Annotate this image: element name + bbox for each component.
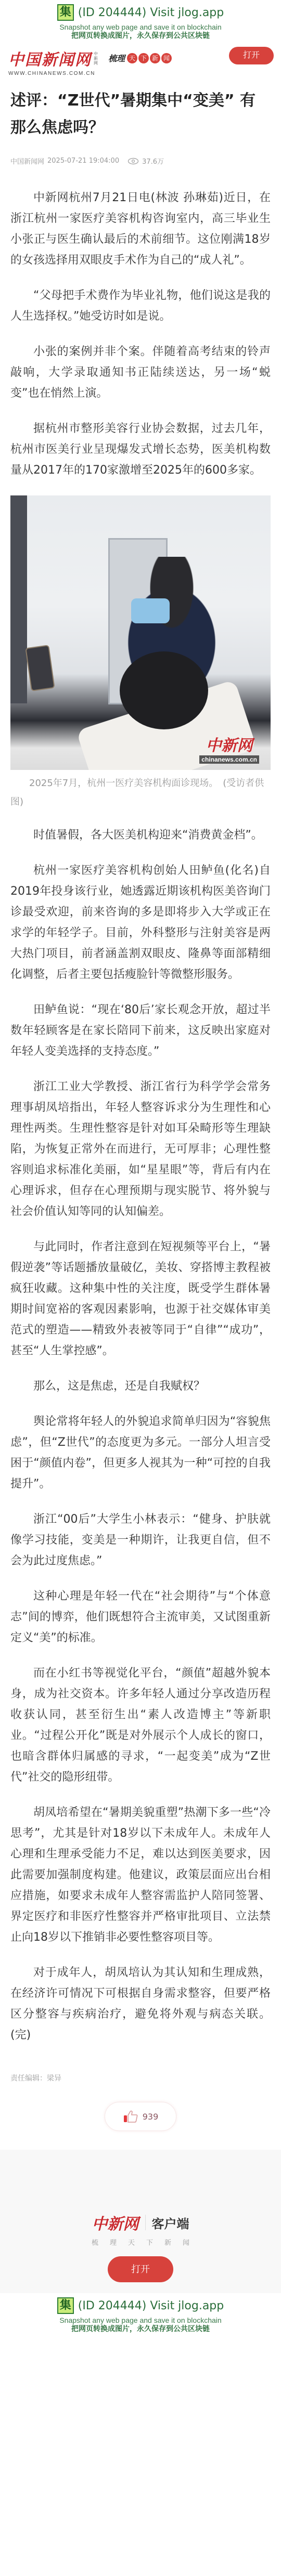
open-app-button-top[interactable]: 打开	[229, 47, 274, 64]
article-datetime: 2025-07-21 19:04:00	[47, 157, 119, 165]
paragraph: 而在小红书等视觉化平台，“颜值”超越外貌本身，成为社交资本。许多年轻人通过分享改…	[10, 1663, 271, 1788]
chinanews-logo[interactable]: 中国新闻网 中 新 网 WWW.CHINANEWS.COM.CN	[8, 47, 98, 76]
view-count: 37.6万	[142, 156, 164, 166]
paragraph: 浙江工业大学教授、浙江省行为科学学会常务理事胡凤培指出，年轻人整容诉求分为生理性…	[10, 1077, 271, 1222]
jlog-banner-bottom: 集 (ID 204444) Visit jlog.app Snapshot an…	[0, 2293, 281, 2336]
promo-client-label: 客户端	[152, 2214, 189, 2232]
jlog-badge-icon: 集	[57, 2297, 74, 2314]
paragraph: “父母把手术费作为毕业礼物，他们说这是我的人生选择权。”她受访时如是说。	[10, 285, 271, 327]
article-photo[interactable]: 中新网 chinanews.com.cn	[10, 495, 271, 770]
jlog-line-cn: 把网页转换成图片，永久保存到公共区块链	[0, 2324, 281, 2334]
article: 述评：“Z世代”暑期集中“变美” 有那么焦虑吗？ 中国新闻网 2025-07-2…	[0, 87, 281, 2131]
jlog-line-en: Snapshot any web page and save it on blo…	[0, 23, 281, 31]
app-promo: 中新网 客户端 梳 理 天 下 新 闻 打开	[0, 2150, 281, 2293]
jlog-line-en: Snapshot any web page and save it on blo…	[0, 2316, 281, 2324]
paragraph: 那么，这是焦虑，还是自我赋权？	[10, 1376, 271, 1397]
paragraph: 浙江“00后”大学生小林表示：“健身、护肤就像学习技能，变美是一种期许，让我更自…	[10, 1509, 271, 1572]
promo-tagline: 梳 理 天 下 新 闻	[0, 2237, 281, 2247]
paragraph: 对于成年人，胡凤培认为其认知和生理成熟，在经济许可情况下可根据自身需求整容，但要…	[10, 1963, 271, 2046]
like-count: 939	[143, 2112, 159, 2122]
article-title: 述评：“Z世代”暑期集中“变美” 有那么焦虑吗？	[10, 87, 271, 141]
logo-url: WWW.CHINANEWS.COM.CN	[8, 71, 98, 76]
thumbs-up-icon	[123, 2110, 138, 2123]
open-app-button-bottom[interactable]: 打开	[108, 2256, 173, 2282]
paragraph: 中新网杭州7月21日电(林波 孙琳茹)近日，在浙江杭州一家医疗美容机构咨询室内，…	[10, 188, 271, 271]
paragraph: 据杭州市整形美容行业协会数据，过去几年，杭州市医美行业呈现爆发式增长态势，医美机…	[10, 419, 271, 481]
logo-side-text: 中 新 网	[94, 51, 98, 66]
slogan-dot: 新	[150, 53, 160, 63]
jlog-banner-top: 集 (ID 204444) Visit jlog.app Snapshot an…	[0, 0, 281, 43]
paragraph: 胡凤培希望在“暑期美貌重塑”热潮下多一些“冷思考”，尤其是针对18岁以下未成年人…	[10, 1802, 271, 1948]
paragraph: 与此同时，作者注意到在短视频等平台上，“暑假逆袭”等话题播放量破亿，美妆、穿搭博…	[10, 1237, 271, 1362]
slogan-dot: 下	[138, 53, 149, 63]
slogan-dot: 天	[127, 53, 137, 63]
article-source: 中国新闻网	[10, 156, 44, 166]
paragraph: 时值暑假，各大医美机构迎来“消费黄金档”。	[10, 825, 271, 846]
jlog-badge-icon: 集	[57, 4, 74, 21]
promo-brand: 中新网	[92, 2211, 139, 2234]
paragraph: 田鲈鱼说：“现在‘80后’家长观念开放，超过半数年轻顾客是在家长陪同下前来，这反…	[10, 1000, 271, 1062]
article-figure: 中新网 chinanews.com.cn 2025年7月，杭州一医疗美容机构面诊…	[10, 495, 271, 812]
paragraph: 杭州一家医疗美容机构创始人田鲈鱼(化名)自2019年投身该行业，她透露近期该机构…	[10, 860, 271, 985]
responsible-editor: 责任编辑：梁异	[10, 2073, 271, 2083]
divider	[145, 2215, 146, 2230]
site-header: 中国新闻网 中 新 网 WWW.CHINANEWS.COM.CN 梳理 天 下 …	[0, 43, 281, 83]
photo-watermark: 中新网 chinanews.com.cn	[199, 733, 259, 764]
article-meta: 中国新闻网 2025-07-21 19:04:00 37.6万	[10, 156, 271, 166]
slogan-ink: 梳理	[108, 52, 125, 64]
like-button[interactable]: 939	[105, 2102, 176, 2131]
jlog-id-text[interactable]: (ID 204444) Visit jlog.app	[78, 2299, 224, 2312]
paragraph: 舆论常将年轻人的外貌追求简单归因为“容貌焦虑”，但“Z世代”的态度更为多元。一部…	[10, 1411, 271, 1495]
slogan: 梳理 天 下 新 闻	[108, 52, 172, 64]
jlog-id-text[interactable]: (ID 204444) Visit jlog.app	[78, 6, 224, 19]
slogan-dot: 闻	[161, 53, 172, 63]
jlog-line-cn: 把网页转换成图片，永久保存到公共区块链	[0, 31, 281, 41]
photo-caption: 2025年7月，杭州一医疗美容机构面诊现场。 (受访者供图)	[10, 774, 271, 812]
logo-text: 中国新闻网	[8, 47, 92, 70]
article-body: 中新网杭州7月21日电(林波 孙琳茹)近日，在浙江杭州一家医疗美容机构咨询室内，…	[10, 188, 271, 2046]
paragraph: 这种心理是年轻一代在“社会期待”与“个体意志”间的博弈，他们既想符合主流审美，又…	[10, 1586, 271, 1649]
paragraph: 小张的案例并非个案。伴随着高考结束的铃声敲响，大学录取通知书正陆续送达，另一场“…	[10, 342, 271, 404]
eye-icon	[127, 158, 139, 165]
